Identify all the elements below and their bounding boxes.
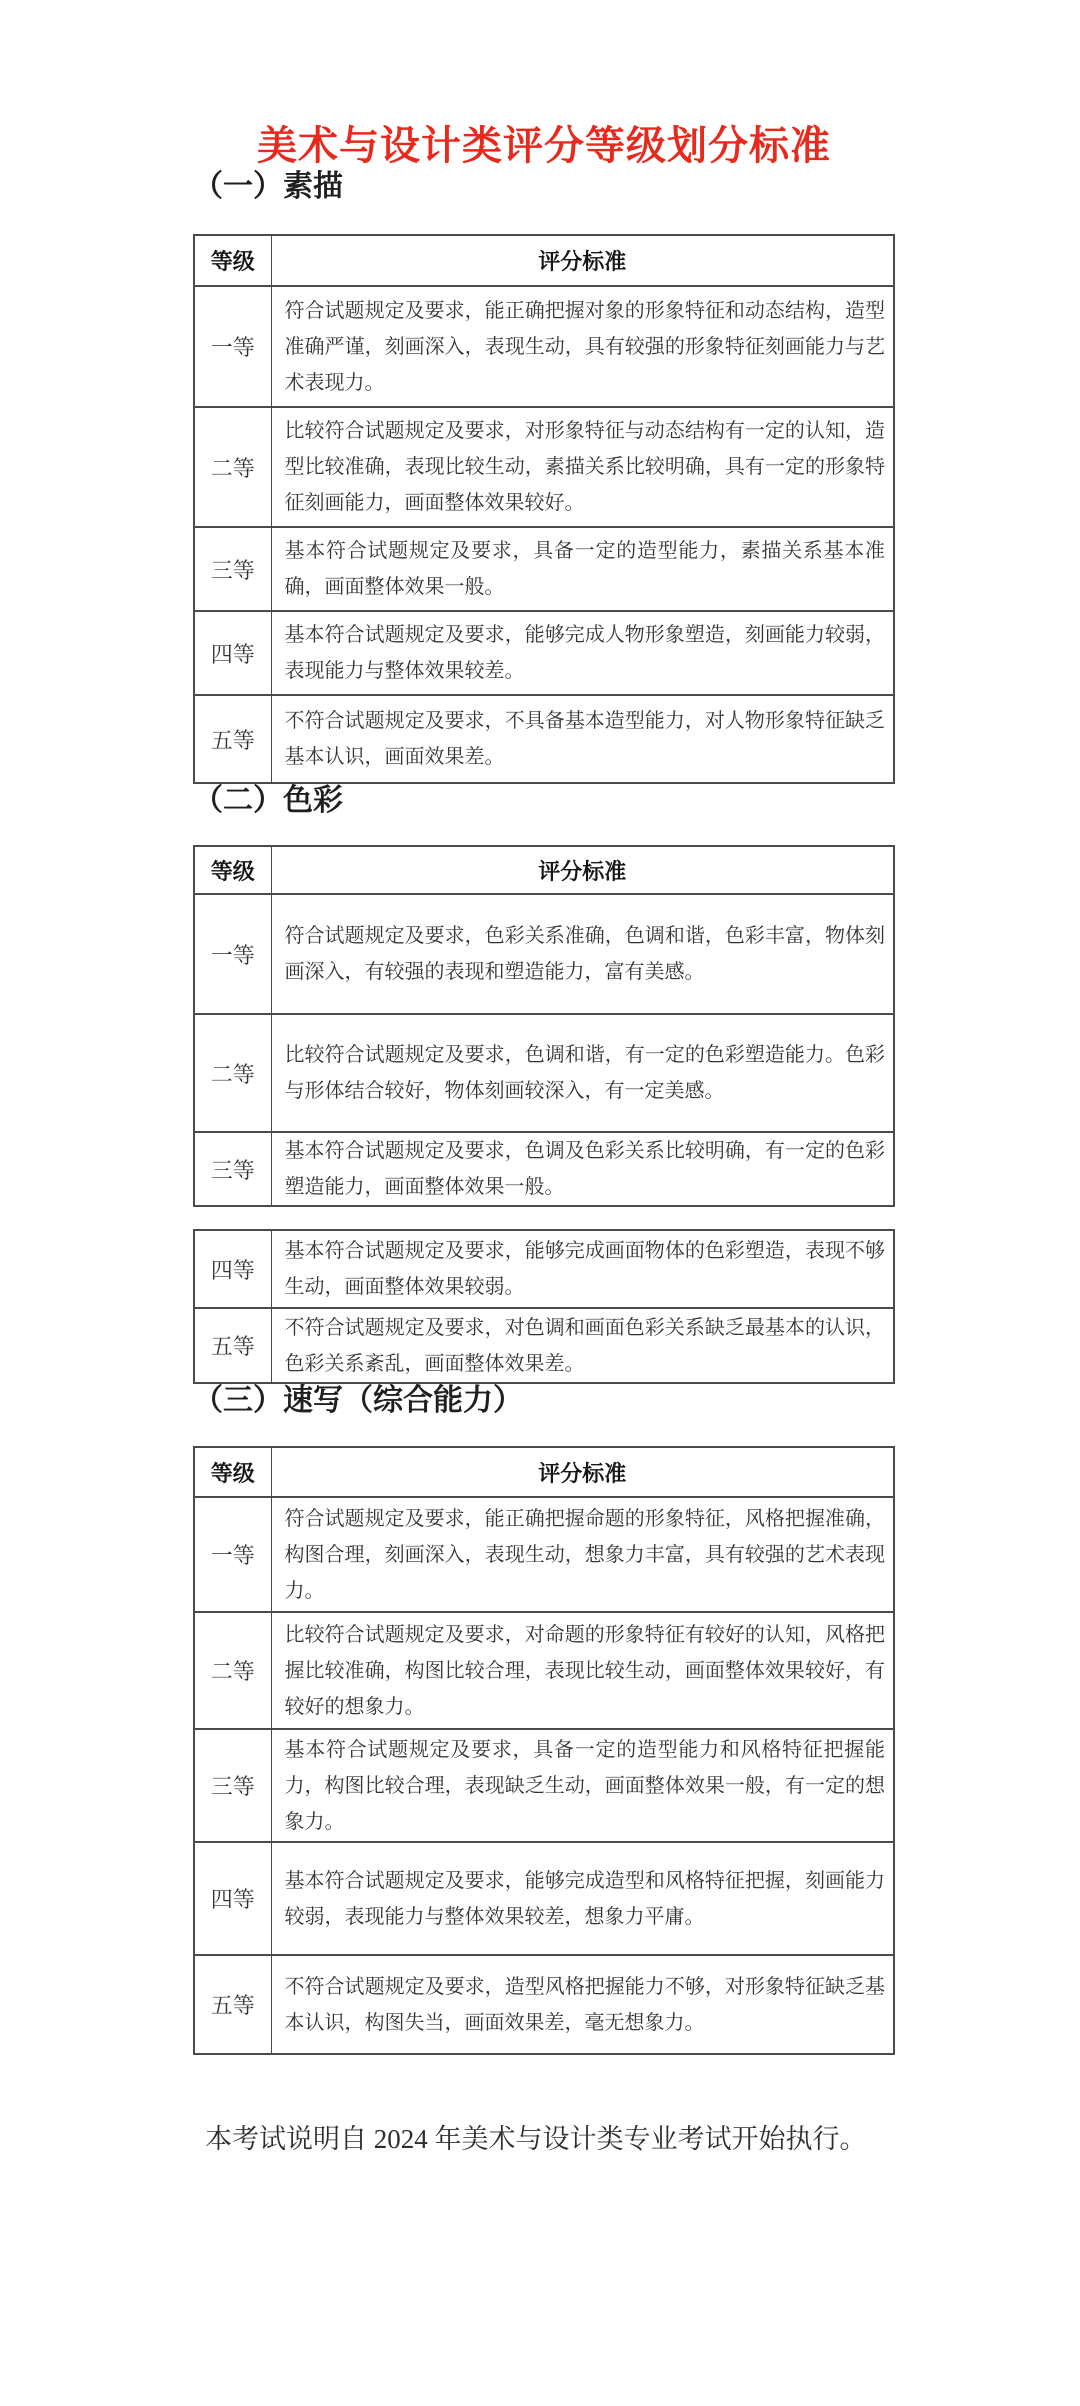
criteria-cell: 基本符合试题规定及要求，能够完成人物形象塑造，刻画能力较弱，表现能力与整体效果较…: [271, 611, 894, 695]
table-row: 四等 基本符合试题规定及要求，能够完成画面物体的色彩塑造，表现不够生动，画面整体…: [194, 1230, 894, 1308]
color-grading-table-part2: 四等 基本符合试题规定及要求，能够完成画面物体的色彩塑造，表现不够生动，画面整体…: [193, 1229, 895, 1384]
criteria-cell: 不符合试题规定及要求，不具备基本造型能力，对人物形象特征缺乏基本认识，画面效果差…: [271, 695, 894, 783]
grade-cell: 一等: [194, 286, 271, 407]
section-color: （二）色彩 等级 评分标准 一等 符合试题规定及要求，色彩关系准确，色调和谐，色…: [193, 784, 895, 1384]
color-grading-table-part1: 等级 评分标准 一等 符合试题规定及要求，色彩关系准确，色调和谐，色彩丰富，物体…: [193, 845, 895, 1207]
table-header-row: 等级 评分标准: [194, 1447, 894, 1497]
column-header-grade: 等级: [194, 1447, 271, 1497]
table-row: 四等 基本符合试题规定及要求，能够完成造型和风格特征把握，刻画能力较弱，表现能力…: [194, 1842, 894, 1955]
section-sketch-heading: （一）素描: [193, 170, 895, 204]
table-row: 二等 比较符合试题规定及要求，对形象特征与动态结构有一定的认知，造型比较准确，表…: [194, 407, 894, 527]
table-header-row: 等级 评分标准: [194, 846, 894, 894]
criteria-cell: 比较符合试题规定及要求，色调和谐，有一定的色彩塑造能力。色彩与形体结合较好，物体…: [271, 1014, 894, 1132]
table-row: 一等 符合试题规定及要求，能正确把握命题的形象特征，风格把握准确，构图合理，刻画…: [194, 1497, 894, 1612]
criteria-cell: 比较符合试题规定及要求，对命题的形象特征有较好的认知，风格把握比较准确，构图比较…: [271, 1612, 894, 1729]
grade-cell: 三等: [194, 1729, 271, 1842]
table-row: 二等 比较符合试题规定及要求，色调和谐，有一定的色彩塑造能力。色彩与形体结合较好…: [194, 1014, 894, 1132]
grade-cell: 五等: [194, 1308, 271, 1383]
criteria-cell: 基本符合试题规定及要求，具备一定的造型能力，素描关系基本准确，画面整体效果一般。: [271, 527, 894, 611]
table-row: 五等 不符合试题规定及要求，不具备基本造型能力，对人物形象特征缺乏基本认识，画面…: [194, 695, 894, 783]
column-header-criteria: 评分标准: [271, 1447, 894, 1497]
criteria-cell: 不符合试题规定及要求，造型风格把握能力不够，对形象特征缺乏基本认识，构图失当，画…: [271, 1955, 894, 2054]
column-header-grade: 等级: [194, 235, 271, 286]
table-row: 三等 基本符合试题规定及要求，色调及色彩关系比较明确，有一定的色彩塑造能力，画面…: [194, 1132, 894, 1206]
grade-cell: 四等: [194, 611, 271, 695]
grade-cell: 一等: [194, 1497, 271, 1612]
quicksketch-grading-table: 等级 评分标准 一等 符合试题规定及要求，能正确把握命题的形象特征，风格把握准确…: [193, 1446, 895, 2055]
section-color-heading: （二）色彩: [193, 784, 895, 818]
criteria-cell: 基本符合试题规定及要求，具备一定的造型能力和风格特征把握能力，构图比较合理，表现…: [271, 1729, 894, 1842]
table-header-row: 等级 评分标准: [194, 235, 894, 286]
column-header-criteria: 评分标准: [271, 235, 894, 286]
column-header-grade: 等级: [194, 846, 271, 894]
page-title: 美术与设计类评分等级划分标准: [193, 122, 895, 170]
table-row: 四等 基本符合试题规定及要求，能够完成人物形象塑造，刻画能力较弱，表现能力与整体…: [194, 611, 894, 695]
criteria-cell: 符合试题规定及要求，能正确把握命题的形象特征，风格把握准确，构图合理，刻画深入，…: [271, 1497, 894, 1612]
table-row: 三等 基本符合试题规定及要求，具备一定的造型能力和风格特征把握能力，构图比较合理…: [194, 1729, 894, 1842]
table-row: 二等 比较符合试题规定及要求，对命题的形象特征有较好的认知，风格把握比较准确，构…: [194, 1612, 894, 1729]
column-header-criteria: 评分标准: [271, 846, 894, 894]
criteria-cell: 基本符合试题规定及要求，能够完成造型和风格特征把握，刻画能力较弱，表现能力与整体…: [271, 1842, 894, 1955]
document-page: 美术与设计类评分等级划分标准 （一）素描 等级 评分标准 一等 符合试题规定及要…: [0, 0, 1080, 2406]
criteria-cell: 比较符合试题规定及要求，对形象特征与动态结构有一定的认知，造型比较准确，表现比较…: [271, 407, 894, 527]
grade-cell: 二等: [194, 1014, 271, 1132]
grade-cell: 四等: [194, 1842, 271, 1955]
criteria-cell: 符合试题规定及要求，色彩关系准确，色调和谐，色彩丰富，物体刻画深入，有较强的表现…: [271, 894, 894, 1014]
grade-cell: 一等: [194, 894, 271, 1014]
table-row: 五等 不符合试题规定及要求，对色调和画面色彩关系缺乏最基本的认识，色彩关系紊乱，…: [194, 1308, 894, 1383]
footer-note: 本考试说明自 2024 年美术与设计类专业考试开始执行。: [205, 2123, 895, 2155]
table-row: 一等 符合试题规定及要求，能正确把握对象的形象特征和动态结构，造型准确严谨，刻画…: [194, 286, 894, 407]
criteria-cell: 基本符合试题规定及要求，色调及色彩关系比较明确，有一定的色彩塑造能力，画面整体效…: [271, 1132, 894, 1206]
criteria-cell: 基本符合试题规定及要求，能够完成画面物体的色彩塑造，表现不够生动，画面整体效果较…: [271, 1230, 894, 1308]
criteria-cell: 符合试题规定及要求，能正确把握对象的形象特征和动态结构，造型准确严谨，刻画深入，…: [271, 286, 894, 407]
grade-cell: 二等: [194, 1612, 271, 1729]
table-row: 一等 符合试题规定及要求，色彩关系准确，色调和谐，色彩丰富，物体刻画深入，有较强…: [194, 894, 894, 1014]
grade-cell: 三等: [194, 1132, 271, 1206]
criteria-cell: 不符合试题规定及要求，对色调和画面色彩关系缺乏最基本的认识，色彩关系紊乱，画面整…: [271, 1308, 894, 1383]
section-quicksketch: （三）速写（综合能力） 等级 评分标准 一等 符合试题规定及要求，能正确把握命题…: [193, 1384, 895, 2055]
grade-cell: 三等: [194, 527, 271, 611]
grade-cell: 五等: [194, 695, 271, 783]
sketch-grading-table: 等级 评分标准 一等 符合试题规定及要求，能正确把握对象的形象特征和动态结构，造…: [193, 234, 895, 784]
grade-cell: 四等: [194, 1230, 271, 1308]
section-sketch: （一）素描 等级 评分标准 一等 符合试题规定及要求，能正确把握对象的形象特征和…: [193, 170, 895, 784]
content-column: 美术与设计类评分等级划分标准 （一）素描 等级 评分标准 一等 符合试题规定及要…: [193, 0, 895, 2155]
grade-cell: 二等: [194, 407, 271, 527]
table-row: 五等 不符合试题规定及要求，造型风格把握能力不够，对形象特征缺乏基本认识，构图失…: [194, 1955, 894, 2054]
section-quicksketch-heading: （三）速写（综合能力）: [193, 1384, 895, 1418]
grade-cell: 五等: [194, 1955, 271, 2054]
table-row: 三等 基本符合试题规定及要求，具备一定的造型能力，素描关系基本准确，画面整体效果…: [194, 527, 894, 611]
